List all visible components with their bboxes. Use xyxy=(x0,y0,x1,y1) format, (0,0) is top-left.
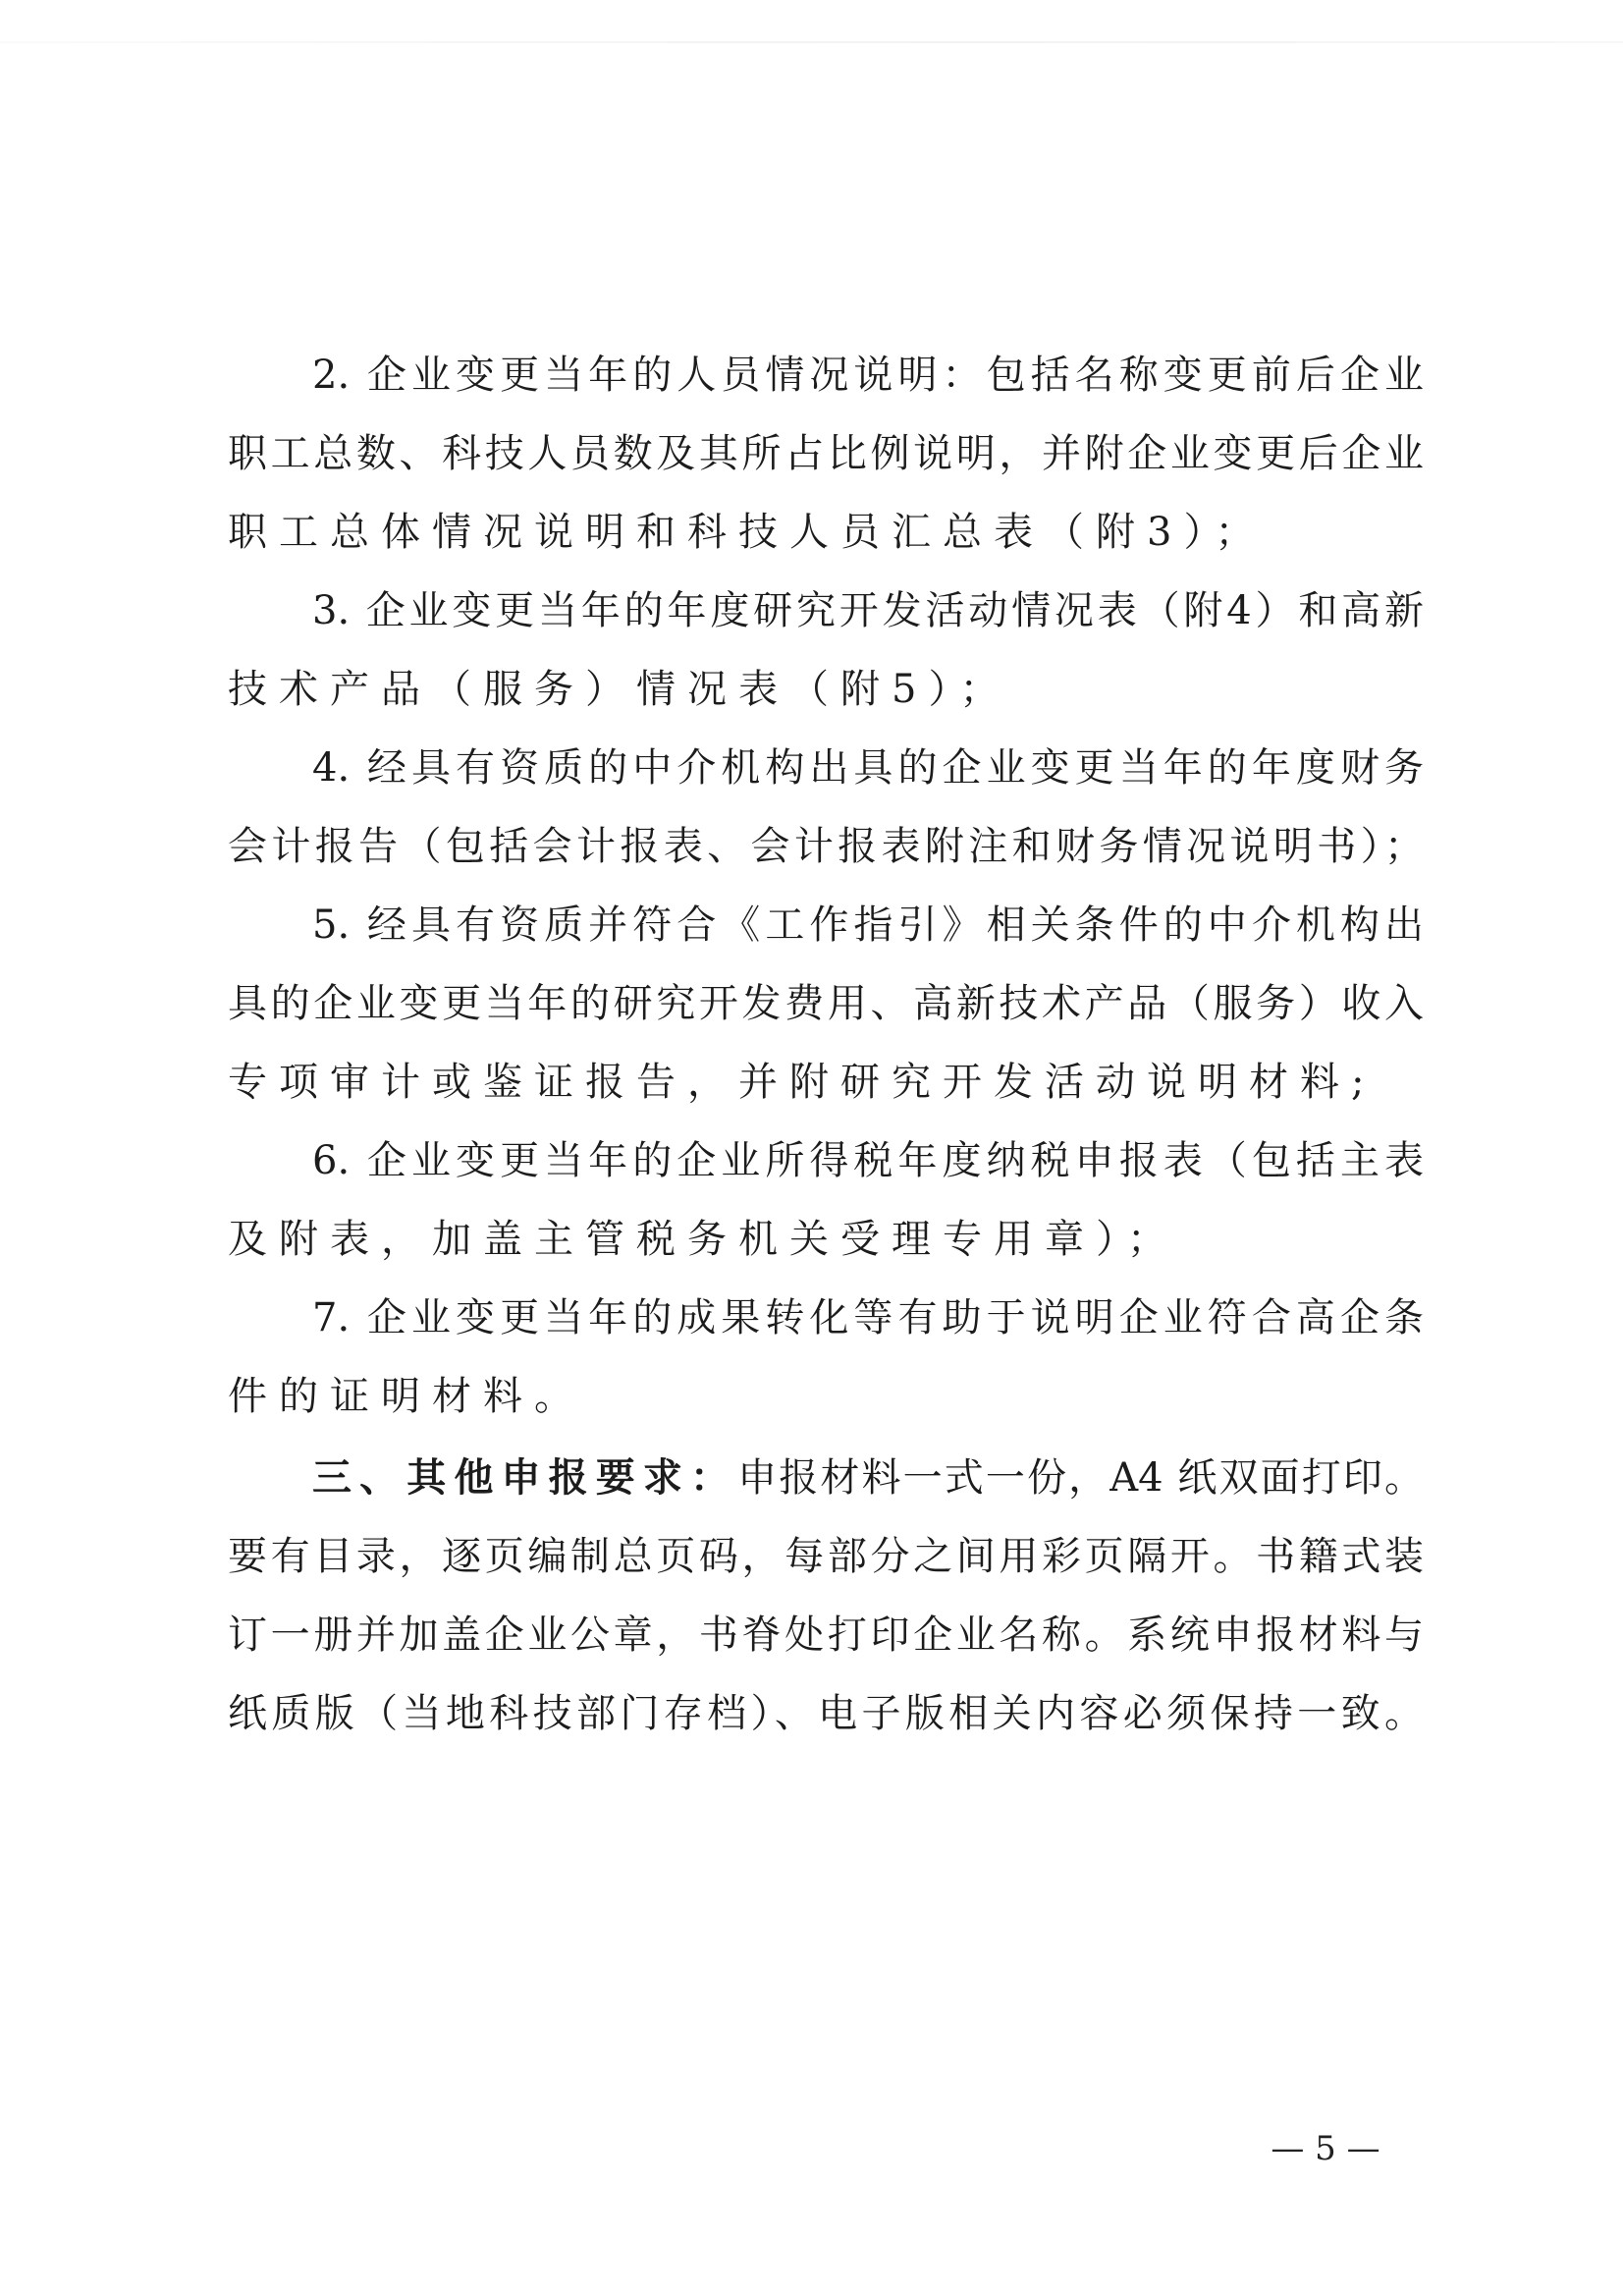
item-3-line-2: 技术产品（服务）情况表（附5）； xyxy=(228,660,1424,719)
item-2-line-1: 2. 企业变更当年的人员情况说明：包括名称变更前后企业 xyxy=(312,346,1424,405)
page-number: — 5 — xyxy=(1257,2127,1394,2170)
scan-artifact-line xyxy=(0,41,1623,43)
item-7-line-2: 件的证明材料。 xyxy=(228,1367,1424,1426)
item-5-line-3: 专项审计或鉴证报告，并附研究开发活动说明材料; xyxy=(228,1053,1424,1112)
item-2-line-3: 职工总体情况说明和科技人员汇总表（附3）； xyxy=(228,503,1424,562)
item-6-line-1: 6. 企业变更当年的企业所得税年度纳税申报表（包括主表 xyxy=(312,1131,1424,1190)
document-page: 2. 企业变更当年的人员情况说明：包括名称变更前后企业 职工总数、科技人员数及其… xyxy=(0,0,1623,2296)
item-4-line-1: 4. 经具有资质的中介机构出具的企业变更当年的年度财务 xyxy=(312,738,1424,797)
section-3-line-4: 纸质版（当地科技部门存档）、电子版相关内容必须保持一致。 xyxy=(228,1684,1424,1743)
section-3-line-1: 三、其他申报要求：申报材料一式一份，A4 纸双面打印。 xyxy=(312,1449,1424,1507)
item-3-line-1: 3. 企业变更当年的年度研究开发活动情况表（附4）和高新 xyxy=(312,581,1424,640)
item-2-line-2: 职工总数、科技人员数及其所占比例说明，并附企业变更后企业 xyxy=(228,424,1424,483)
section-3-heading: 三、其他申报要求： xyxy=(312,1455,737,1501)
item-7-line-1: 7. 企业变更当年的成果转化等有助于说明企业符合高企条 xyxy=(312,1288,1424,1347)
item-4-line-2: 会计报告（包括会计报表、会计报表附注和财务情况说明书）； xyxy=(228,817,1424,876)
section-3-text: 申报材料一式一份，A4 纸双面打印。 xyxy=(737,1455,1424,1501)
item-5-line-1: 5. 经具有资质并符合《工作指引》相关条件的中介机构出 xyxy=(312,896,1424,955)
item-5-line-2: 具的企业变更当年的研究开发费用、高新技术产品（服务）收入 xyxy=(228,974,1424,1033)
item-6-line-2: 及附表，加盖主管税务机关受理专用章）； xyxy=(228,1210,1424,1269)
section-3-line-3: 订一册并加盖企业公章，书脊处打印企业名称。系统申报材料与 xyxy=(228,1606,1424,1665)
section-3-line-2: 要有目录，逐页编制总页码，每部分之间用彩页隔开。书籍式装 xyxy=(228,1527,1424,1586)
